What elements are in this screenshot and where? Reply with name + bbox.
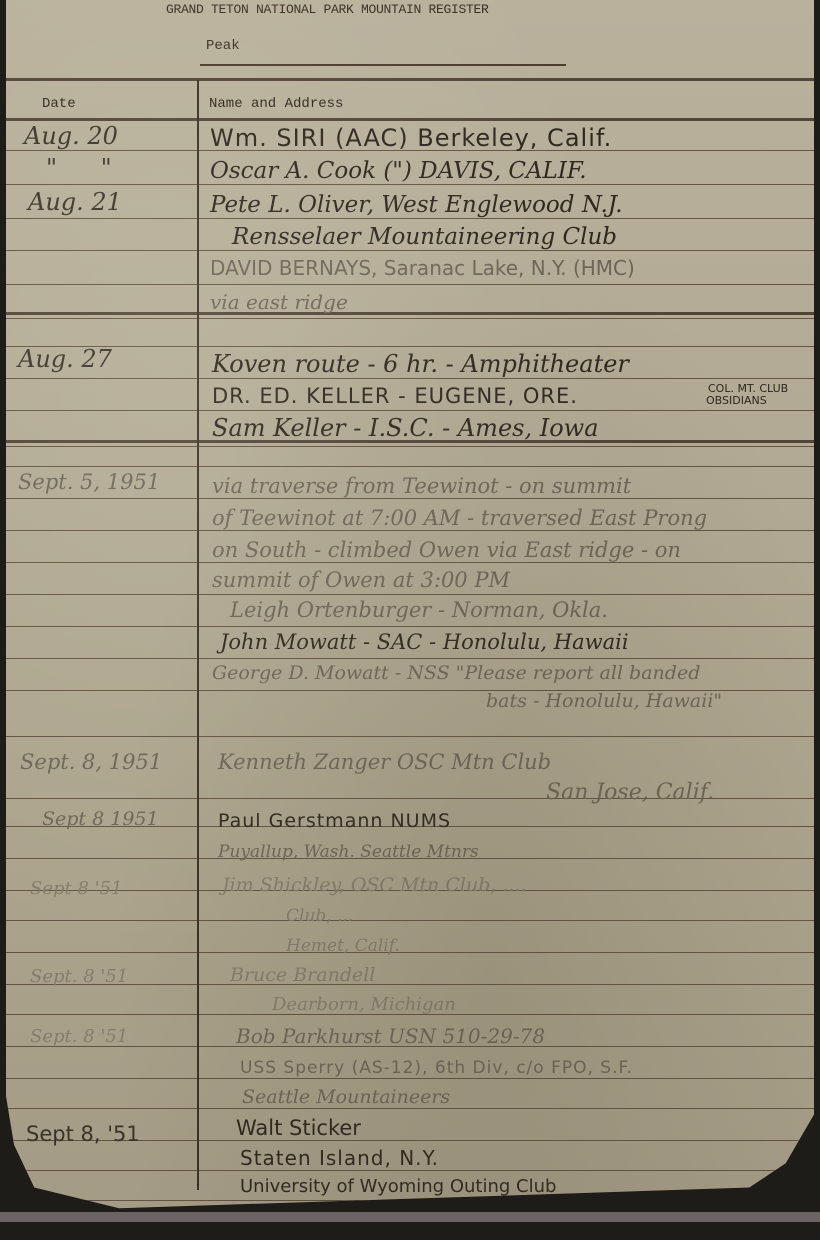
entry-line: via traverse from Teewinot - on summit — [212, 474, 631, 498]
entry-line: Paul Gerstmann NUMS — [218, 810, 451, 832]
peak-label: Peak — [206, 38, 240, 54]
entry-line: George D. Mowatt - NSS "Please report al… — [212, 662, 700, 684]
ruled-line — [6, 920, 814, 921]
entry-date: Sept 8 1951 — [42, 808, 159, 830]
entry-line: Sam Keller - I.S.C. - Ames, Iowa — [212, 414, 599, 442]
ruled-line — [6, 318, 814, 319]
entry-line: bats - Honolulu, Hawaii" — [486, 690, 722, 712]
entry-date: Aug. 27 — [18, 345, 112, 373]
ruled-line — [6, 498, 814, 499]
ruled-line — [6, 626, 814, 627]
ruled-line — [6, 466, 814, 467]
ruled-line — [6, 378, 814, 379]
entry-line: John Mowatt - SAC - Honolulu, Hawaii — [220, 630, 629, 654]
ruled-line — [6, 562, 814, 563]
entry-line: summit of Owen at 3:00 PM — [212, 568, 510, 592]
frame-edge — [0, 1212, 820, 1222]
ruled-line — [6, 284, 814, 285]
entry-line: Club, ... — [286, 906, 353, 926]
entry-line: on South - climbed Owen via East ridge -… — [212, 538, 681, 562]
ruled-line — [6, 184, 814, 185]
entry-date: Sept. 8 '51 — [30, 966, 128, 987]
ruled-line — [6, 658, 814, 659]
entry-annotation: OBSIDIANS — [706, 394, 767, 407]
entry-line: Koven route - 6 hr. - Amphitheater — [212, 350, 629, 378]
ruled-line — [6, 346, 814, 347]
entry-line: Bruce Brandell — [230, 964, 375, 986]
entry-date: Sept 8, '51 — [26, 1122, 140, 1146]
entry-line: Walt Sticker — [236, 1116, 361, 1140]
entry-date: Aug. 20 — [24, 122, 118, 150]
ruled-line — [6, 218, 814, 219]
entry-line: via east ridge — [210, 290, 348, 314]
ruled-line — [6, 312, 814, 315]
entry-line: Bob Parkhurst USN 510-29-78 — [236, 1024, 545, 1048]
entry-line: Oscar A. Cook (") DAVIS, CALIF. — [210, 158, 587, 184]
ruled-line — [6, 1170, 814, 1171]
entry-line: Wm. SIRI (AAC) Berkeley, Calif. — [210, 124, 612, 152]
entry-date: Sept. 8 '51 — [30, 1026, 128, 1047]
entry-line: DAVID BERNAYS, Saranac Lake, N.Y. (HMC) — [210, 256, 635, 280]
ruled-line — [6, 78, 814, 81]
peak-field-line — [200, 64, 566, 66]
ruled-line — [6, 118, 814, 121]
ruled-line — [6, 1078, 814, 1079]
column-divider — [197, 80, 199, 1190]
ruled-line — [6, 594, 814, 595]
ruled-line — [6, 1108, 814, 1109]
entry-line: DR. ED. KELLER - EUGENE, ORE. — [212, 384, 578, 408]
entry-line: Kenneth Zanger OSC Mtn Club — [218, 750, 551, 774]
entry-date: " " — [46, 154, 130, 182]
entry-line: Staten Island, N.Y. — [240, 1146, 439, 1170]
entry-date: Sept. 5, 1951 — [18, 470, 160, 494]
ruled-line — [6, 410, 814, 411]
ruled-line — [6, 250, 814, 251]
column-header-date: Date — [42, 96, 76, 112]
entry-line: Puyallup, Wash. Seattle Mtnrs — [218, 842, 479, 862]
entry-line: of Teewinot at 7:00 AM - traversed East … — [212, 506, 707, 530]
ruled-line — [6, 952, 814, 953]
register-page: GRAND TETON NATIONAL PARK MOUNTAIN REGIS… — [6, 0, 814, 1218]
entry-line: Rensselaer Mountaineering Club — [232, 224, 617, 250]
ruled-line — [6, 736, 814, 737]
entry-line: University of Wyoming Outing Club — [240, 1176, 556, 1197]
entry-line: Jim Shickley, OSC Mtn Club, .... — [222, 874, 527, 896]
entry-line: Seattle Mountaineers — [242, 1086, 450, 1108]
entry-line: San Jose, Calif. — [546, 780, 714, 805]
ruled-line — [6, 446, 814, 447]
entry-date: Aug. 21 — [28, 188, 122, 216]
entry-date: Sept. 8, 1951 — [20, 750, 162, 774]
ruled-line — [6, 1200, 814, 1201]
entry-line: Pete L. Oliver, West Englewood N.J. — [210, 192, 623, 218]
entry-line: USS Sperry (AS-12), 6th Div, c/o FPO, S.… — [240, 1058, 633, 1078]
entry-date: Sept 8 '51 — [30, 878, 123, 899]
ruled-line — [6, 530, 814, 531]
entry-line: Dearborn, Michigan — [272, 994, 456, 1015]
column-header-name: Name and Address — [209, 96, 343, 112]
entry-line: Leigh Ortenburger - Norman, Okla. — [230, 598, 608, 622]
entry-line: Hemet, Calif. — [286, 936, 400, 956]
register-title: GRAND TETON NATIONAL PARK MOUNTAIN REGIS… — [166, 2, 636, 17]
